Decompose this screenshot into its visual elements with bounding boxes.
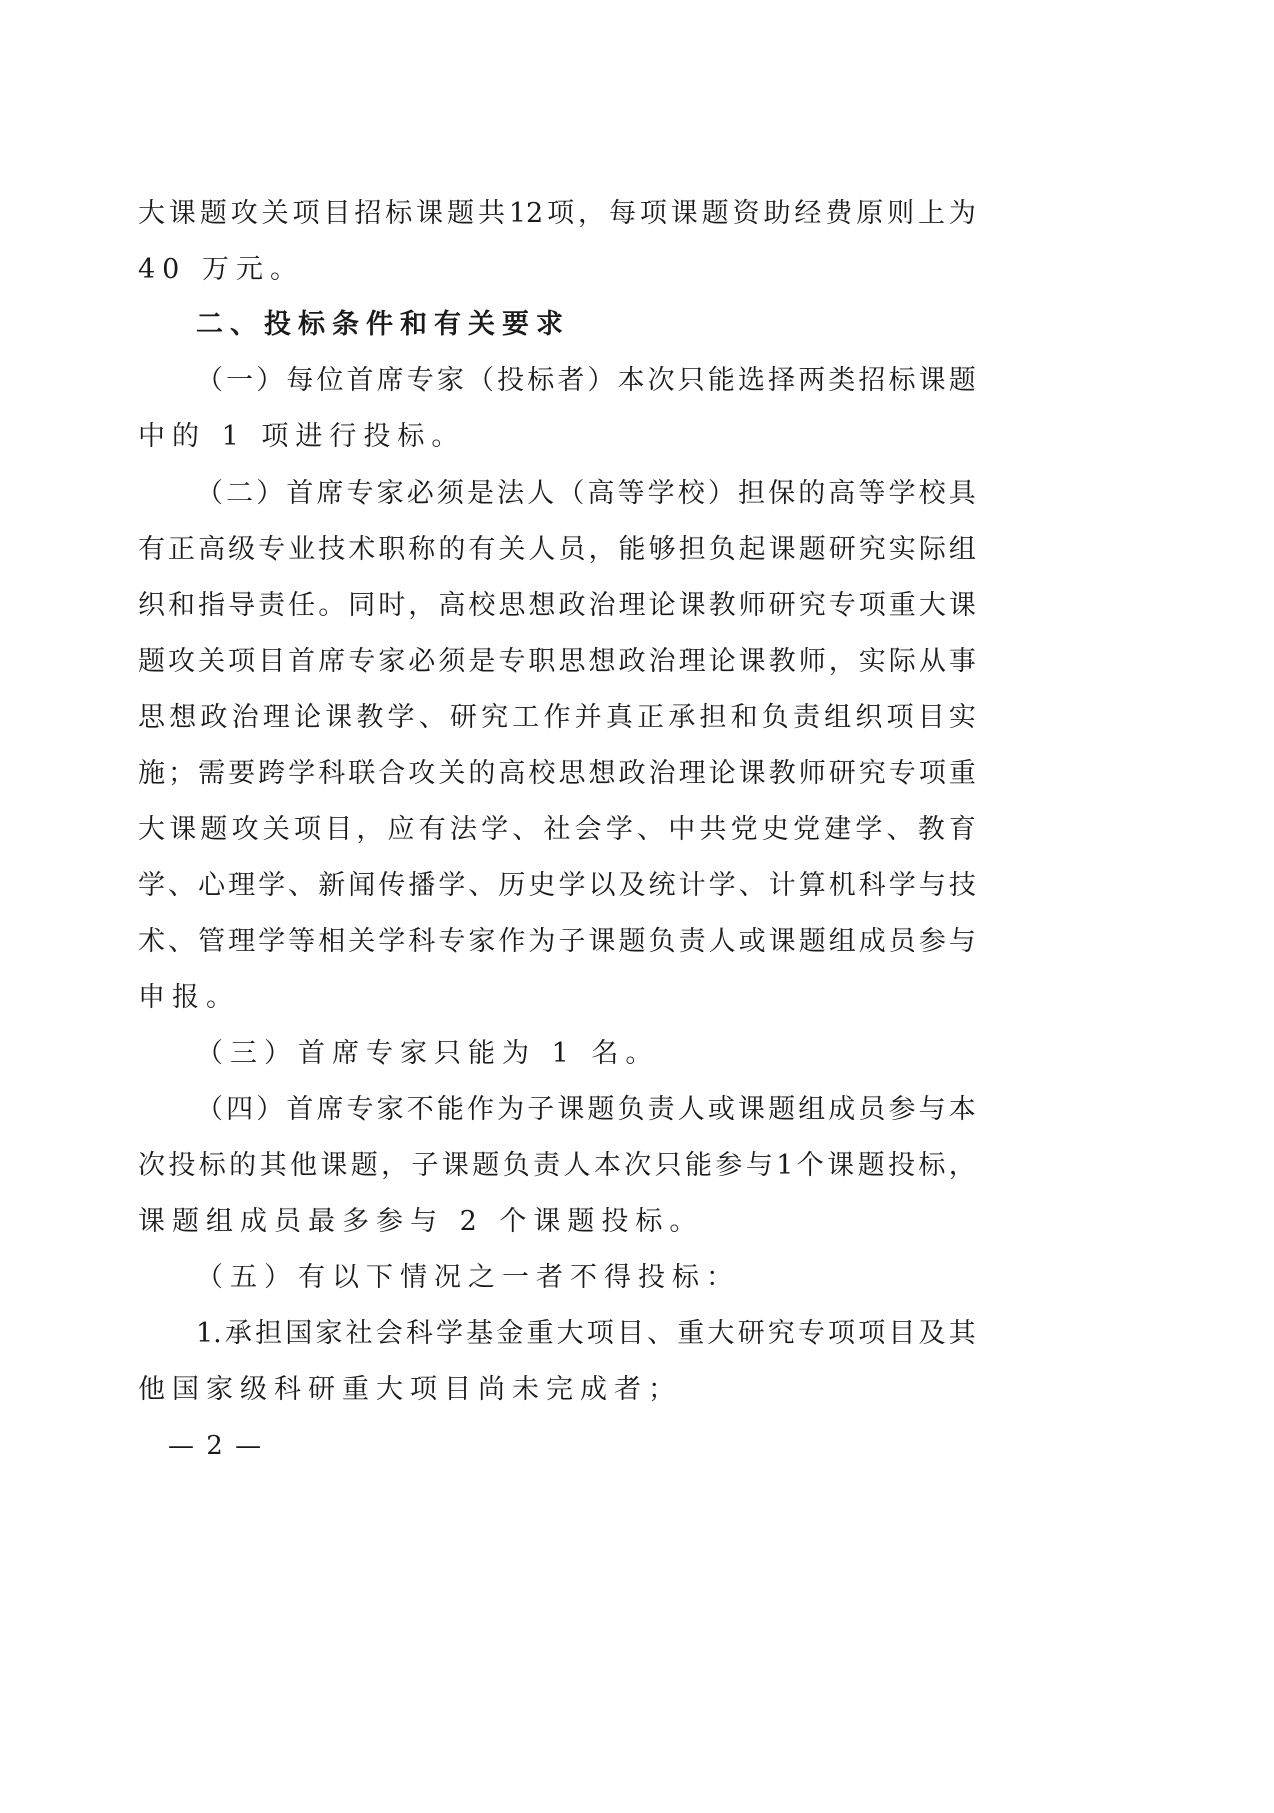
text-line: 有正高级专业技术职称的有关人员，能够担负起课题研究实际组 [138, 530, 976, 570]
text-line: 中的 1 项进行投标。 [138, 417, 976, 457]
text-line: 思想政治理论课教学、研究工作并真正承担和负责组织项目实 [138, 698, 976, 738]
text-line: 1.承担国家社会科学基金重大项目、重大研究专项项目及其 [196, 1314, 976, 1354]
text-line: （五）有以下情况之一者不得投标： [196, 1258, 976, 1298]
text-line: 学、心理学、新闻传播学、历史学以及统计学、计算机科学与技 [138, 866, 976, 906]
text-line: 题攻关项目首席专家必须是专职思想政治理论课教师，实际从事 [138, 642, 976, 682]
text-line: （一）每位首席专家（投标者）本次只能选择两类招标课题 [196, 361, 976, 401]
page-number: — 2 — [168, 1428, 263, 1464]
text-line: 课题组成员最多参与 2 个课题投标。 [138, 1202, 976, 1242]
text-line: 大课题攻关项目，应有法学、社会学、中共党史党建学、教育 [138, 810, 976, 850]
text-line: （三）首席专家只能为 1 名。 [196, 1034, 976, 1074]
text-line: 织和指导责任。同时，高校思想政治理论课教师研究专项重大课 [138, 586, 976, 626]
text-line: （四）首席专家不能作为子课题负责人或课题组成员参与本 [196, 1090, 976, 1130]
text-line: 40 万元。 [138, 250, 976, 290]
section-heading: 二、投标条件和有关要求 [196, 305, 976, 345]
text-line: 术、管理学等相关学科专家作为子课题负责人或课题组成员参与 [138, 922, 976, 962]
text-line: 大课题攻关项目招标课题共12项，每项课题资助经费原则上为 [138, 194, 976, 234]
text-line: 施；需要跨学科联合攻关的高校思想政治理论课教师研究专项重 [138, 754, 976, 794]
text-line: 他国家级科研重大项目尚未完成者； [138, 1370, 976, 1410]
document-page: 大课题攻关项目招标课题共12项，每项课题资助经费原则上为40 万元。二、投标条件… [0, 0, 1274, 1813]
text-line: 申报。 [138, 978, 976, 1018]
text-line: （二）首席专家必须是法人（高等学校）担保的高等学校具 [196, 474, 976, 514]
text-line: 次投标的其他课题，子课题负责人本次只能参与1个课题投标， [138, 1146, 976, 1186]
